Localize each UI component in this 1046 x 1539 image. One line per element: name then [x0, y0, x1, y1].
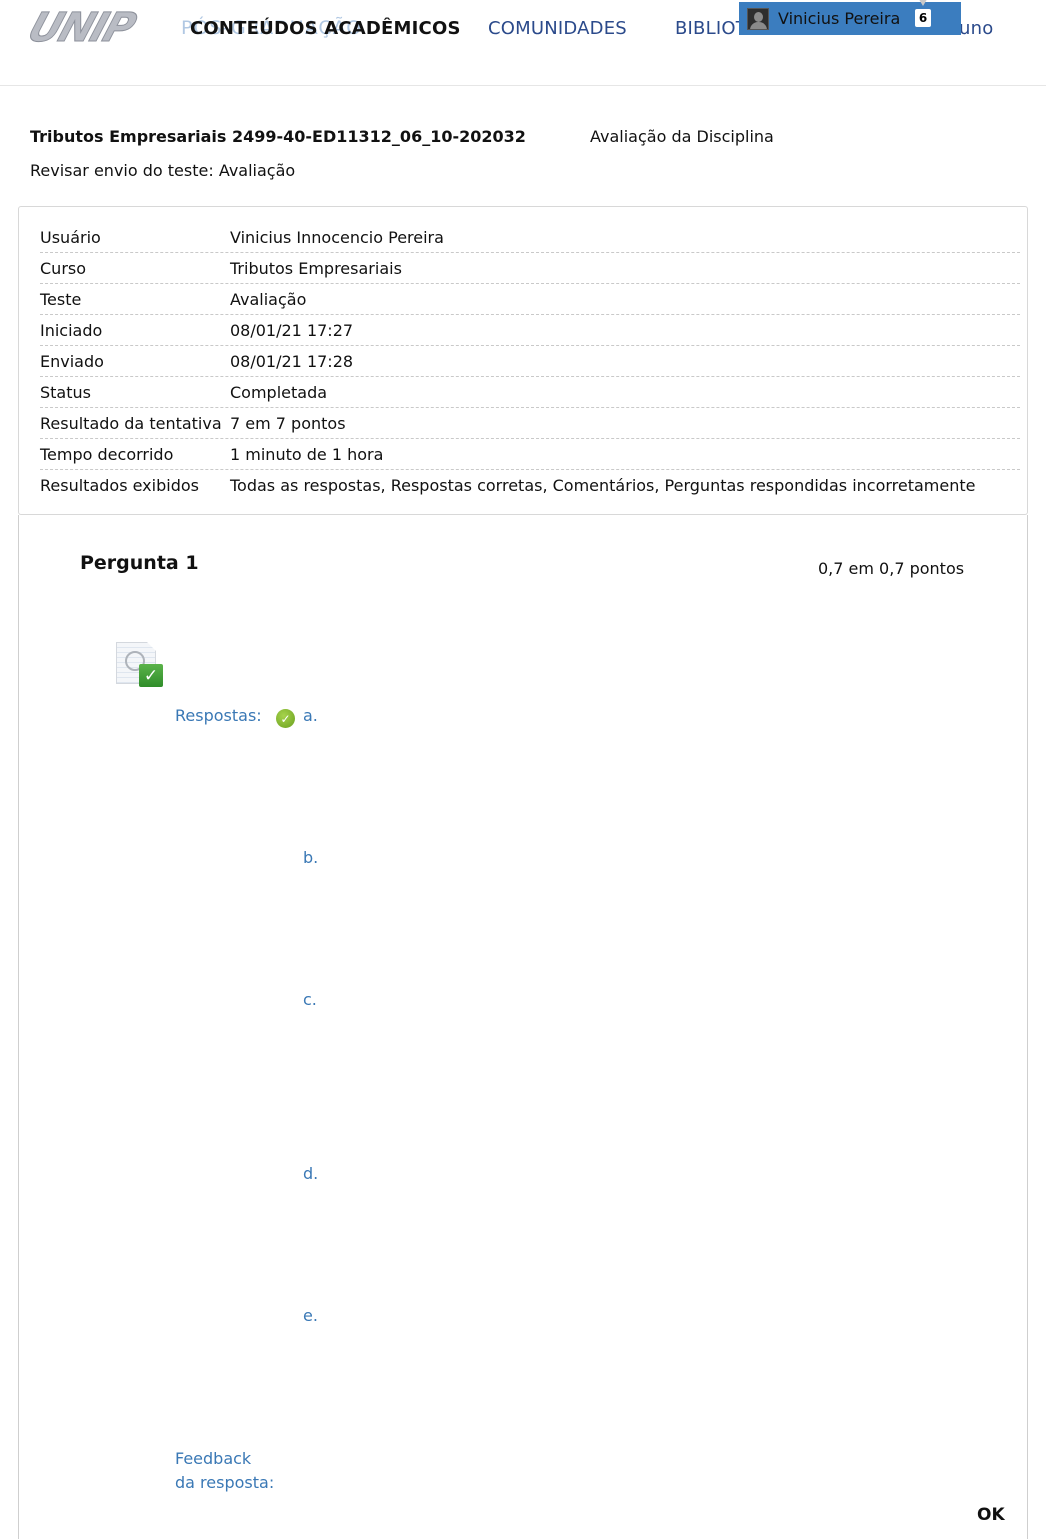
summary-key: Usuário [40, 228, 230, 247]
correct-document-icon: ✓ [116, 640, 164, 688]
summary-row: TesteAvaliação [40, 284, 1020, 315]
summary-value: 1 minuto de 1 hora [230, 445, 383, 464]
green-check-icon: ✓ [139, 664, 163, 687]
summary-key: Resultados exibidos [40, 476, 230, 495]
summary-value: Vinicius Innocencio Pereira [230, 228, 444, 247]
summary-key: Enviado [40, 352, 230, 371]
summary-value: Tributos Empresariais [230, 259, 402, 278]
nav-comunidades[interactable]: COMUNIDADES [488, 18, 627, 39]
summary-value: Avaliação [230, 290, 306, 309]
summary-value: 08/01/21 17:27 [230, 321, 353, 340]
section-title: Avaliação da Disciplina [590, 127, 774, 146]
answer-option-d: d. [303, 1164, 318, 1183]
logo-text: UNIP [24, 10, 138, 46]
notification-count-badge[interactable]: 6 [915, 9, 931, 27]
ok-button[interactable]: OK [977, 1505, 1005, 1525]
summary-key: Tempo decorrido [40, 445, 230, 464]
nav-conteudos-academicos[interactable]: CONTEÚDOS ACADÊMICOS [190, 18, 461, 39]
attempt-summary-panel: UsuárioVinicius Innocencio Pereira Curso… [18, 206, 1028, 515]
summary-row: CursoTributos Empresariais [40, 253, 1020, 284]
correct-answer-check-icon: ✓ [276, 709, 295, 728]
summary-row: UsuárioVinicius Innocencio Pereira [40, 222, 1020, 253]
answers-label: Respostas: [175, 706, 262, 725]
unip-logo[interactable]: UNIP [30, 10, 175, 46]
notification-pointer-icon [917, 0, 929, 6]
page-subtitle: Revisar envio do teste: Avaliação [30, 161, 295, 180]
summary-row: Enviado08/01/21 17:28 [40, 346, 1020, 377]
summary-row: StatusCompletada [40, 377, 1020, 408]
top-navigation-bar: UNIP PÓS-GRADUAÇÃO CONTEÚDOS ACADÊMICOS … [0, 0, 1046, 86]
user-name: Vinicius Pereira [778, 9, 900, 28]
summary-key: Curso [40, 259, 230, 278]
summary-row: Tempo decorrido1 minuto de 1 hora [40, 439, 1020, 470]
answer-option-c: c. [303, 990, 317, 1009]
summary-value: Completada [230, 383, 327, 402]
summary-row: Iniciado08/01/21 17:27 [40, 315, 1020, 346]
feedback-label-line1: Feedback [175, 1447, 274, 1471]
question-title: Pergunta 1 [80, 552, 199, 574]
user-menu[interactable]: Vinicius Pereira 6 [739, 2, 961, 35]
course-title: Tributos Empresariais 2499-40-ED11312_06… [30, 127, 526, 146]
summary-key: Status [40, 383, 230, 402]
answer-option-e: e. [303, 1306, 318, 1325]
summary-row: Resultados exibidosTodas as respostas, R… [40, 470, 1020, 501]
feedback-label-line2: da resposta: [175, 1471, 274, 1495]
answer-option-a: a. [303, 706, 318, 725]
summary-key: Resultado da tentativa [40, 414, 230, 433]
summary-key: Iniciado [40, 321, 230, 340]
summary-row: Resultado da tentativa7 em 7 pontos [40, 408, 1020, 439]
feedback-label: Feedback da resposta: [175, 1447, 274, 1495]
summary-value: Todas as respostas, Respostas corretas, … [230, 476, 976, 495]
question-panel [18, 515, 1028, 1539]
summary-value: 08/01/21 17:28 [230, 352, 353, 371]
answer-option-b: b. [303, 848, 318, 867]
attempt-summary-table: UsuárioVinicius Innocencio Pereira Curso… [40, 222, 1020, 501]
summary-value: 7 em 7 pontos [230, 414, 346, 433]
question-points: 0,7 em 0,7 pontos [818, 559, 964, 578]
summary-key: Teste [40, 290, 230, 309]
avatar-icon [747, 8, 769, 30]
